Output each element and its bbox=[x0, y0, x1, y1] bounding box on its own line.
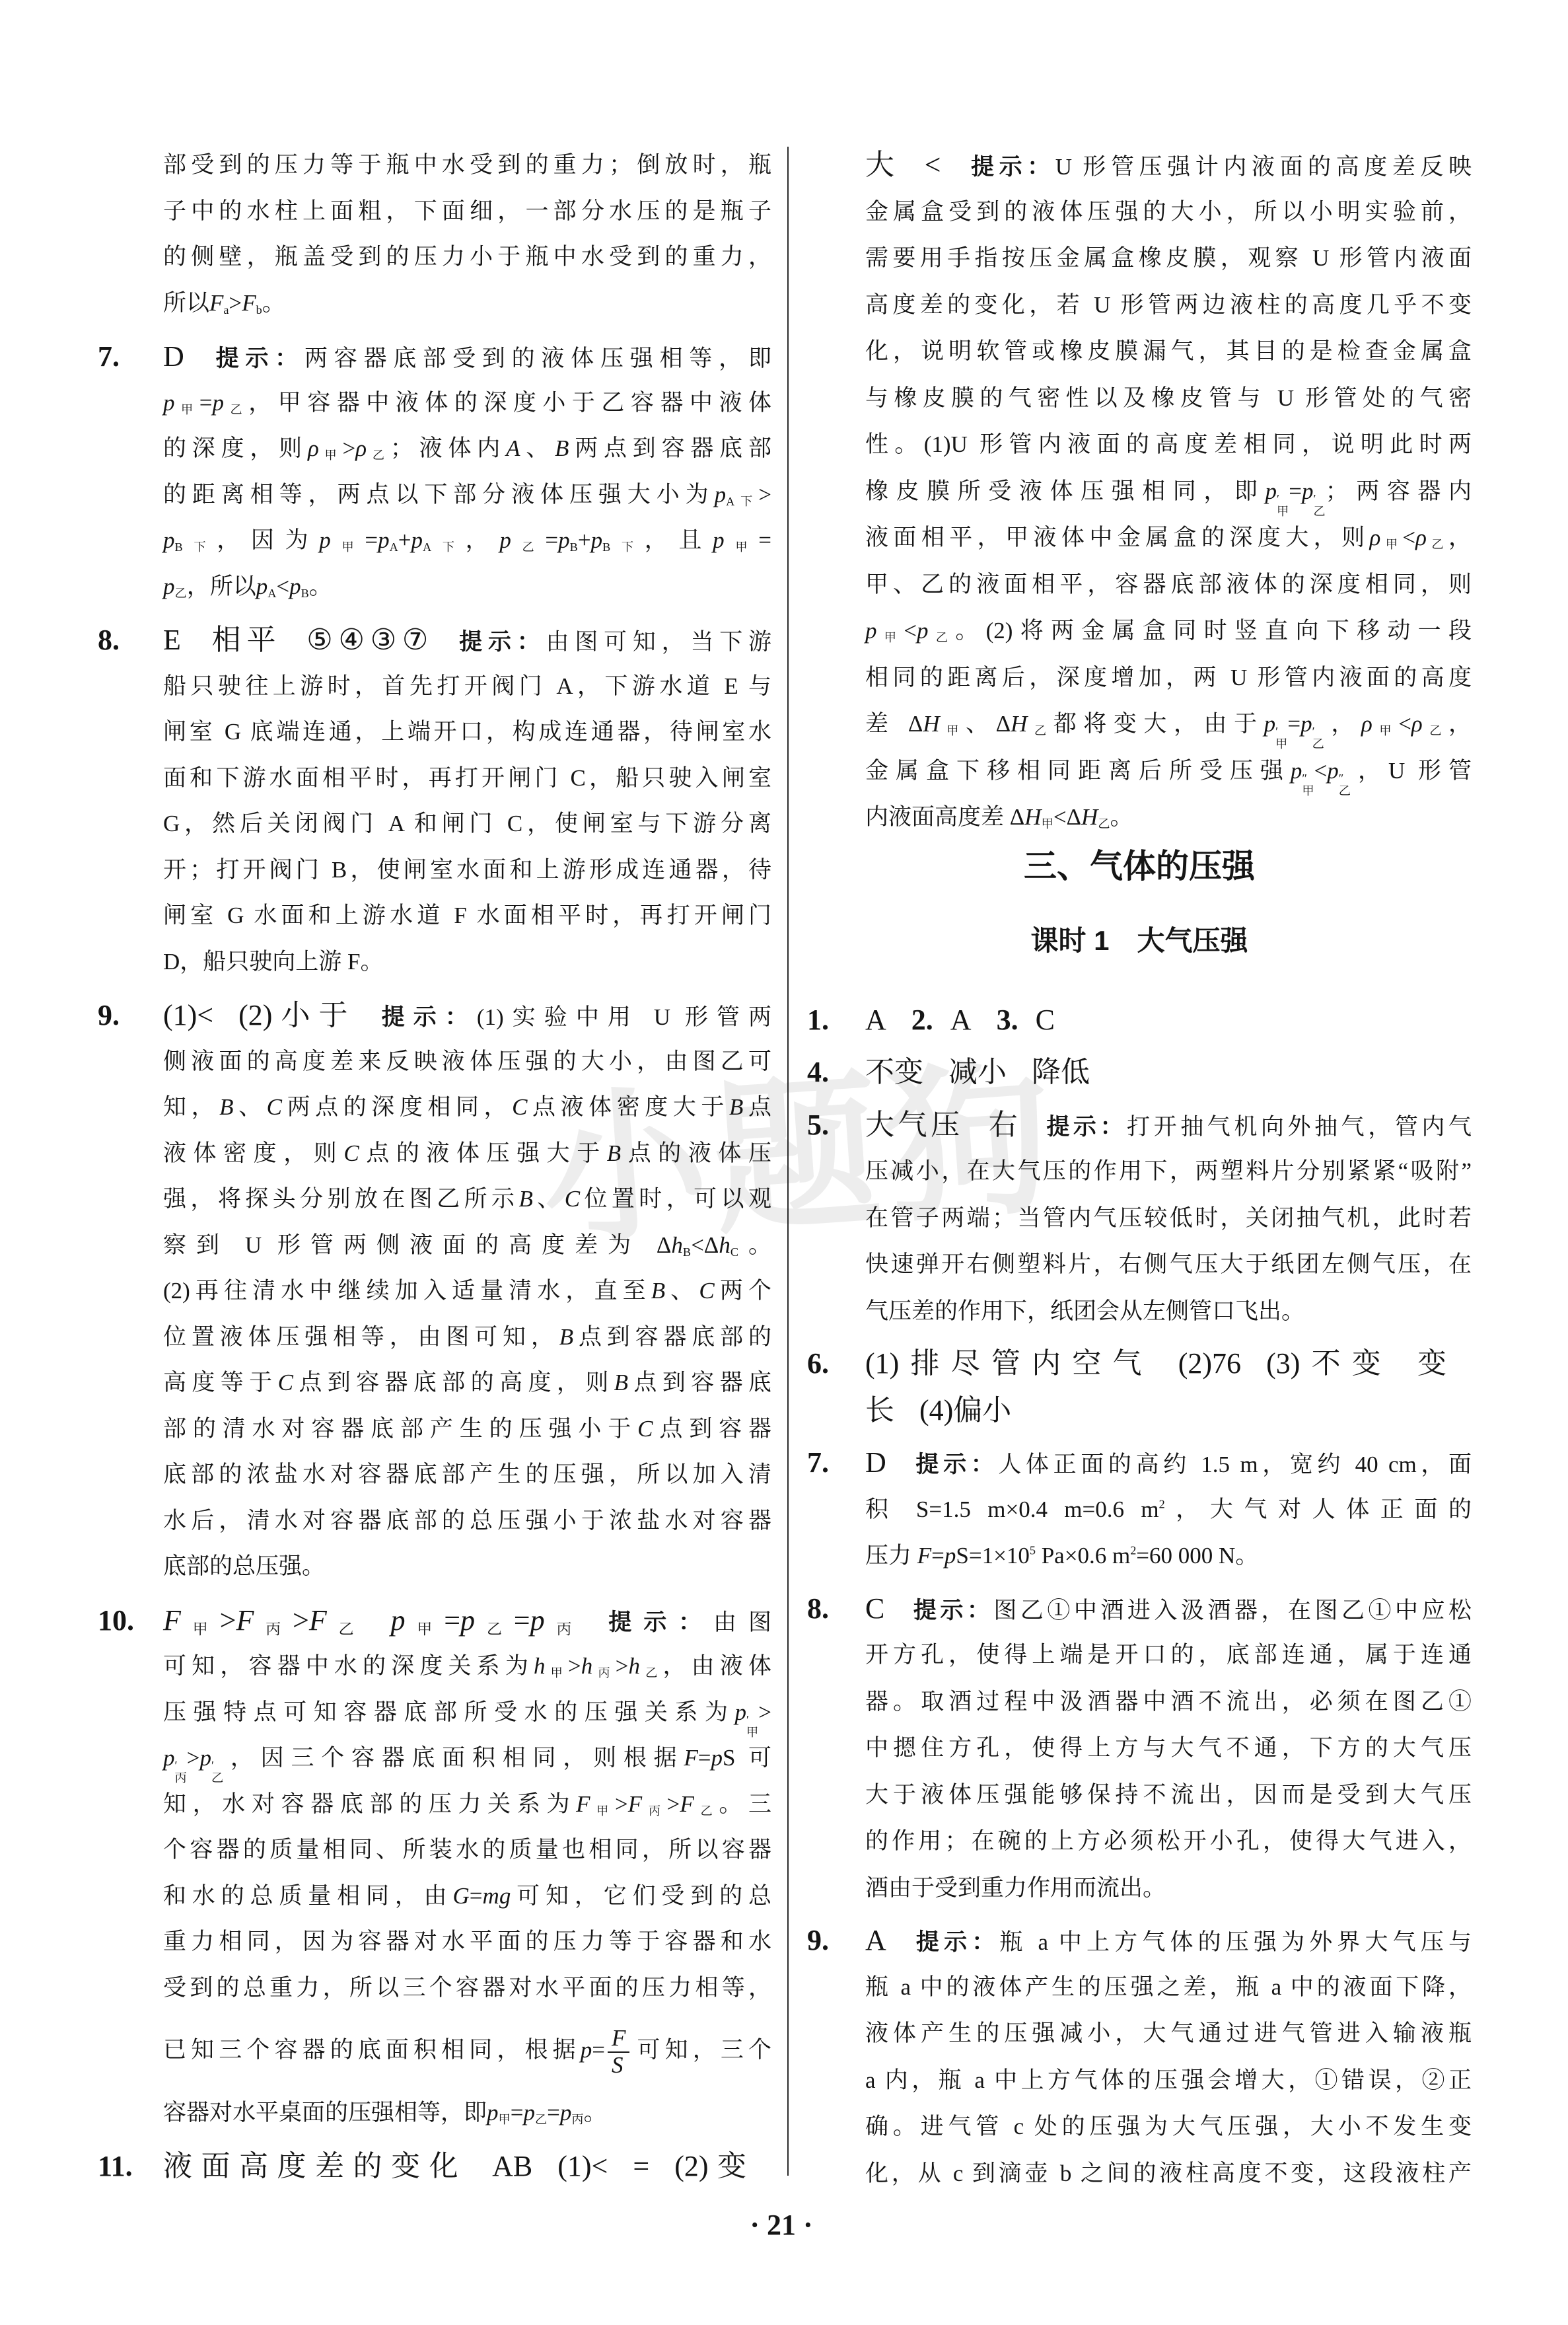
item-number: 7. bbox=[98, 334, 144, 380]
answer-item-1: 1.A2.A3.C bbox=[807, 997, 1472, 1044]
math-variable: p乙 bbox=[163, 573, 187, 599]
column-divider bbox=[787, 147, 789, 2176]
math-variable: Fb bbox=[242, 290, 262, 316]
answer-item-6: 6.(1)排尽管内空气(2)76(3)不变变长(4)偏小 bbox=[807, 1341, 1472, 1434]
subscript: 乙 bbox=[367, 449, 390, 462]
math-variable: B bbox=[729, 1094, 743, 1120]
math-variable: B bbox=[219, 1094, 233, 1120]
subscript: 丙 bbox=[545, 1621, 584, 1637]
text-line: 性。(1)U 形管内液面的高度差相同，说明此时两 bbox=[807, 422, 1472, 468]
subscript: 乙 bbox=[1423, 724, 1448, 737]
text-line: 的作用；在碗的上方必须松开小孔，使得大气进入， bbox=[807, 1818, 1472, 1865]
math-variable: pB bbox=[289, 573, 309, 599]
text-line: 受到的总重力，所以三个容器对水平面的压力相等， bbox=[98, 1965, 771, 2011]
text-line: 1.A2.A3.C bbox=[807, 997, 1472, 1044]
math-variable: p甲 bbox=[163, 390, 199, 416]
text-line: 液面相平，甲液体中金属盒的深度大，则ρ甲<ρ乙， bbox=[807, 515, 1472, 562]
math-variable: C bbox=[512, 1094, 527, 1120]
continued-text: 大<提示：U 形管压强计内液面的高度差反映金属盒受到的液体压强的大小，所以小明实… bbox=[807, 142, 1472, 841]
math-variable: H甲 bbox=[923, 711, 966, 737]
math-variable: pA bbox=[378, 527, 398, 553]
math-variable: ρ甲 bbox=[308, 435, 343, 461]
text-line: 5.大气压右提示：打开抽气机向外抽气，管内气 bbox=[807, 1102, 1472, 1149]
text-line: 底部的总压强。 bbox=[98, 1543, 771, 1590]
math-variable: ρ甲 bbox=[1370, 525, 1403, 550]
subscript: A下 bbox=[726, 495, 758, 508]
text-line: 液体密度，则C点的液体压强大于B点的液体压 bbox=[98, 1130, 771, 1177]
answer-text: 大 bbox=[865, 149, 900, 181]
text-line: 内液面高度差 ΔH甲<ΔH乙。 bbox=[807, 794, 1472, 841]
subscript: 甲 bbox=[940, 724, 966, 737]
text-line: 甲、乙的液面相平，容器底部液体的深度相同，则 bbox=[807, 562, 1472, 609]
subscript: B下 bbox=[602, 540, 645, 554]
subscript: a bbox=[223, 303, 229, 316]
answer-text: C bbox=[865, 1592, 884, 1625]
text-line: 水后，清水对容器底部的总压强小于浓盐水对容器 bbox=[98, 1498, 771, 1544]
answer-text: = bbox=[633, 2150, 649, 2182]
left-column: 部受到的压力等于瓶中水受到的重力；倒放时，瓶子中的水柱上面粗，下面细，一部分水压… bbox=[98, 142, 771, 2190]
answer-text: 右 bbox=[989, 1109, 1022, 1141]
answer-text: (3)不变 bbox=[1266, 1347, 1392, 1380]
math-variable: Fa bbox=[209, 290, 229, 316]
answer-text: (4)偏小 bbox=[919, 1394, 1011, 1426]
text-line: 的侧壁，瓶盖受到的压力小于瓶中水受到的重力， bbox=[98, 234, 771, 280]
math-variable: p′甲 bbox=[735, 1699, 759, 1725]
answer-text: A bbox=[865, 1004, 886, 1036]
answer-text: A bbox=[950, 1004, 972, 1036]
answer-item-7: 7.D提示：两容器底部受到的液体压强相等，即p甲=p乙，甲容器中液体的深度小于乙… bbox=[98, 334, 771, 609]
answer-item-9: 9.A提示：瓶 a 中上方气体的压强为外界大气压与瓶 a 中的液体产生的压强之差… bbox=[807, 1917, 1472, 2197]
math-variable: p乙 bbox=[499, 527, 545, 553]
item-number: 1. bbox=[807, 997, 853, 1044]
answer-text: 大气压 bbox=[865, 1109, 964, 1141]
text-line: 7.D提示：两容器底部受到的液体压强相等，即 bbox=[98, 334, 771, 380]
text-line: 6.(1)排尽管内空气(2)76(3)不变变 bbox=[807, 1341, 1472, 1387]
math-variable: F bbox=[684, 1745, 697, 1771]
text-line: 压力 F=pS=1×105 Pa×0.6 m2=60 000 N。 bbox=[807, 1533, 1472, 1580]
text-line: 面和下游水面相平时，再打开闸门 C，船只驶入闸室 bbox=[98, 755, 771, 801]
subscript: 乙 bbox=[694, 1804, 719, 1818]
answer-text: 相平 bbox=[206, 624, 281, 656]
math-variable: mg bbox=[483, 1883, 511, 1909]
subscript: 甲 bbox=[877, 631, 904, 644]
subscript: B bbox=[683, 1245, 691, 1259]
continued-text: 部受到的压力等于瓶中水受到的重力；倒放时，瓶子中的水柱上面粗，下面细，一部分水压… bbox=[98, 142, 771, 326]
text-line: pB下，因为p甲=pA+pA下，p乙=pB+pB下，且p甲= bbox=[98, 517, 771, 564]
text-line: p甲<p乙。(2)将两金属盒同时竖直向下移动一段 bbox=[807, 608, 1472, 655]
hint-label: 提示： bbox=[909, 1598, 993, 1623]
math-variable: ρ乙 bbox=[1415, 525, 1448, 550]
answer-text: (2)小于 bbox=[238, 999, 357, 1031]
item-number: 11. bbox=[98, 2143, 144, 2190]
item-number: 5. bbox=[807, 1102, 853, 1149]
answer-text: < bbox=[925, 149, 941, 181]
item-number: 8. bbox=[98, 617, 144, 663]
item-number: 8. bbox=[807, 1586, 853, 1633]
inline-item-number: 3. bbox=[997, 1004, 1018, 1036]
math-variable: p甲 bbox=[487, 2100, 511, 2125]
answer-text: E bbox=[163, 624, 181, 656]
math-variable: p甲 bbox=[390, 1604, 444, 1637]
math-variable: B bbox=[559, 1324, 573, 1350]
text-line: 大<提示：U 形管压强计内液面的高度差反映 bbox=[807, 142, 1472, 189]
text-line: 需要用手指按压金属盒橡皮膜，观察 U 形管内液面 bbox=[807, 235, 1472, 282]
math-variable: pA下 bbox=[715, 482, 759, 507]
math-variable: p″乙 bbox=[1327, 758, 1351, 784]
item-number: 9. bbox=[807, 1917, 853, 1964]
subscript: B bbox=[301, 587, 309, 600]
math-variable: F甲 bbox=[163, 1604, 220, 1637]
subscript: 丙 bbox=[592, 1666, 616, 1679]
math-variable: F乙 bbox=[309, 1604, 366, 1637]
math-variable: C bbox=[565, 1186, 580, 1212]
text-line: 子中的水柱上面粗，下面细，一部分水压的是瓶子 bbox=[98, 188, 771, 235]
math-variable: C bbox=[343, 1140, 359, 1166]
math-variable: p′乙 bbox=[1301, 711, 1324, 737]
text-line: 8.E相平⑤④③⑦提示：由图可知，当下游 bbox=[98, 617, 771, 663]
math-variable: H乙 bbox=[1081, 804, 1110, 830]
text-line: 9.(1)<(2)小于提示：(1)实验中用 U 形管两 bbox=[98, 992, 771, 1039]
text-line: a 内，瓶 a 中上方气体的压强会增大，①错误，②正 bbox=[807, 2057, 1472, 2104]
text-line: 压强特点可知容器底部所受水的压强关系为p′甲> bbox=[98, 1689, 771, 1736]
answer-text: C bbox=[1036, 1004, 1055, 1036]
subscript: 甲 bbox=[590, 1804, 616, 1818]
answer-item-8: 8.E相平⑤④③⑦提示：由图可知，当下游船只驶往上游时，首先打开阀门 A，下游水… bbox=[98, 617, 771, 984]
subscript: A下 bbox=[423, 540, 466, 554]
subscript: 乙 bbox=[640, 1666, 663, 1679]
math-variable: ρ乙 bbox=[1411, 711, 1448, 737]
text-line: 容器对水平桌面的压强相等，即p甲=p乙=p丙。 bbox=[98, 2090, 771, 2136]
math-variable: B bbox=[518, 1186, 532, 1212]
text-line: 快速弹开右侧塑料片，右侧气压大于纸团左侧气压，在 bbox=[807, 1241, 1472, 1288]
answer-text: AB bbox=[492, 2150, 532, 2182]
text-line: 压减小，在大气压的作用下，两塑料片分别紧紧“吸附” bbox=[807, 1148, 1472, 1195]
math-variable: h甲 bbox=[534, 1653, 568, 1679]
math-variable: p乙 bbox=[212, 390, 248, 416]
math-variable: p乙 bbox=[523, 2100, 547, 2125]
text-line: 底部的浓盐水对容器底部产生的压强，所以加入清 bbox=[98, 1452, 771, 1498]
math-variable: p bbox=[711, 1745, 723, 1771]
text-line: 瓶 a 中的液体产生的压强之差，瓶 a 中的液面下降， bbox=[807, 1964, 1472, 2011]
subscript: 甲 bbox=[725, 540, 759, 554]
text-line: 器。取酒过程中汲酒器中酒不流出，必须在图乙① bbox=[807, 1679, 1472, 1726]
text-line: 开；打开阀门 B，使闸室水面和上游形成连通器，待 bbox=[98, 847, 771, 893]
math-variable: p乙 bbox=[917, 618, 955, 644]
text-line: 金属盒下移相同距离后所受压强p″甲<p″乙，U 形管 bbox=[807, 748, 1472, 795]
math-variable: F甲 bbox=[576, 1791, 615, 1817]
math-variable: C bbox=[699, 1278, 714, 1304]
subscript: B下 bbox=[175, 540, 217, 554]
math-variable: ρ甲 bbox=[1361, 711, 1398, 737]
subscript: 甲 bbox=[546, 1666, 569, 1679]
subscript: A bbox=[267, 587, 276, 600]
subscript: 丙 bbox=[642, 1804, 667, 1818]
math-variable: A bbox=[506, 435, 520, 461]
subscript: 甲 bbox=[1372, 724, 1398, 737]
answer-text: 不变 bbox=[865, 1056, 923, 1088]
text-line: p′丙>p′乙，因三个容器底面积相同，则根据F=pS 可 bbox=[98, 1735, 771, 1781]
text-line: 长(4)偏小 bbox=[807, 1387, 1472, 1434]
fraction: FS bbox=[608, 2026, 629, 2078]
math-variable: H乙 bbox=[1011, 711, 1053, 737]
text-line: 大于液体压强能够保持不流出，因而是受到大气压 bbox=[807, 1772, 1472, 1819]
answer-text: p甲=p乙=p丙 bbox=[390, 1604, 583, 1637]
text-line: 已知三个容器的底面积相同，根据p=FS可知，三个 bbox=[98, 2011, 771, 2090]
text-line: G，然后关闭阀门 A 和闸门 C，使闸室与下游分离 bbox=[98, 801, 771, 847]
answer-text: 长 bbox=[865, 1394, 894, 1426]
text-line: 个容器的质量相同、所装水的质量也相同，所以容器 bbox=[98, 1827, 771, 1873]
answer-text: (2)76 bbox=[1178, 1347, 1241, 1380]
text-line: 所以Fa>Fb。 bbox=[98, 280, 771, 326]
text-line: 4.不变减小降低 bbox=[807, 1049, 1472, 1096]
answer-text: (1)< bbox=[557, 2150, 608, 2182]
answer-text: 液面高度差的变化 bbox=[163, 2150, 467, 2182]
math-variable: hC bbox=[719, 1232, 738, 1258]
superscript: 2 bbox=[1130, 1543, 1136, 1557]
math-variable: p丙 bbox=[560, 2100, 584, 2125]
text-line: 酒由于受到重力作用而流出。 bbox=[807, 1865, 1472, 1912]
math-variable: h丙 bbox=[581, 1653, 616, 1679]
text-line: 11.液面高度差的变化AB(1)<=(2)变 bbox=[98, 2143, 771, 2190]
hint-label: 提示： bbox=[911, 1929, 1000, 1955]
math-variable: p′甲 bbox=[1265, 478, 1289, 504]
math-variable: p′甲 bbox=[1264, 711, 1288, 737]
subscript: 乙 bbox=[929, 631, 956, 644]
answer-text: D bbox=[163, 340, 184, 373]
item-number: 9. bbox=[98, 992, 144, 1039]
text-line: 橡皮膜所受液体压强相同，即p′甲=p′乙；两容器内 bbox=[807, 468, 1472, 515]
math-variable: B bbox=[607, 1140, 621, 1166]
answer-text: 降低 bbox=[1032, 1056, 1090, 1088]
subscript: 丙 bbox=[571, 2113, 583, 2126]
math-variable: C bbox=[637, 1416, 653, 1442]
hint-label: 提示： bbox=[608, 1609, 713, 1635]
answer-text: A bbox=[865, 1924, 886, 1956]
text-line: 与橡皮膜的气密性以及橡皮管与 U 形管处的气密 bbox=[807, 375, 1472, 422]
text-line: 部的清水对容器底部产生的压强小于C点到容器 bbox=[98, 1406, 771, 1452]
text-line: 差 ΔH甲、ΔH乙都将变大，由于p′甲=p′乙，ρ甲<ρ乙， bbox=[807, 701, 1472, 748]
subscript: 乙 bbox=[1098, 817, 1110, 830]
subscript: 乙 bbox=[511, 540, 546, 554]
subscript: 丙 bbox=[254, 1621, 293, 1637]
answer-text: F甲>F丙>F乙 bbox=[163, 1604, 365, 1637]
item-number: 10. bbox=[98, 1598, 144, 1644]
answer-text: ⑤④③⑦ bbox=[306, 624, 434, 656]
subscript: 甲 bbox=[1380, 538, 1402, 551]
subscript: C bbox=[731, 1245, 738, 1259]
answer-item-4: 4.不变减小降低 bbox=[807, 1049, 1472, 1096]
text-line: 位置液体压强相等，由图可知，B点到容器底部的 bbox=[98, 1314, 771, 1360]
text-line: 强，将探头分别放在图乙所示B、C位置时，可以观 bbox=[98, 1176, 771, 1222]
subscript: 乙 bbox=[475, 1621, 514, 1637]
text-line: 部受到的压力等于瓶中水受到的重力；倒放时，瓶 bbox=[98, 142, 771, 188]
math-variable: G bbox=[453, 1883, 470, 1909]
text-line: 重力相同，因为容器对水平面的压力等于容器和水 bbox=[98, 1919, 771, 1965]
subscript: 甲 bbox=[405, 1621, 444, 1637]
math-variable: B bbox=[614, 1370, 628, 1395]
text-line: p甲=p乙，甲容器中液体的深度小于乙容器中液体 bbox=[98, 380, 771, 426]
math-variable: p甲 bbox=[713, 527, 758, 553]
page-number: · 21 · bbox=[702, 2205, 861, 2245]
text-line: 10.F甲>F丙>F乙p甲=p乙=p丙提示：由图 bbox=[98, 1598, 771, 1644]
subscript: 甲 bbox=[499, 2113, 511, 2126]
subscript: b bbox=[256, 303, 262, 316]
text-line: 侧液面的高度差来反映液体压强的大小，由图乙可 bbox=[98, 1039, 771, 1085]
hint-label: 提示： bbox=[382, 1004, 477, 1030]
math-variable: p甲 bbox=[319, 527, 365, 553]
hint-label: 提示： bbox=[209, 346, 304, 371]
math-variable: h乙 bbox=[629, 1653, 663, 1679]
answer-item-7: 7.D提示：人体正面的高约 1.5 m，宽约 40 cm，面积 S=1.5 m×… bbox=[807, 1440, 1472, 1580]
math-variable: pB下 bbox=[163, 527, 217, 553]
math-variable: ρ乙 bbox=[355, 435, 390, 461]
subscript: A bbox=[390, 540, 398, 554]
math-variable: pB下 bbox=[591, 527, 645, 553]
math-variable: F bbox=[917, 1543, 931, 1568]
text-line: 闸室 G 水面和上游水道 F 水面相平时，再打开闸门 bbox=[98, 893, 771, 939]
math-variable: hB bbox=[671, 1232, 691, 1258]
answer-text: 减小 bbox=[948, 1056, 1007, 1088]
math-variable: p′乙 bbox=[199, 1745, 223, 1771]
math-variable: pA下 bbox=[411, 527, 465, 553]
text-line: 和水的总质量相同，由G=mg可知，它们受到的总 bbox=[98, 1873, 771, 1919]
lesson-heading: 课时 1 大气压强 bbox=[807, 918, 1472, 964]
math-variable: F丙 bbox=[628, 1791, 667, 1817]
text-line: (2)再往清水中继续加入适量清水，直至B、C两个 bbox=[98, 1268, 771, 1314]
text-line: 高度差的变化，若 U 形管两边液柱的高度几乎不变 bbox=[807, 282, 1472, 329]
answer-item-8: 8.C提示：图乙①中酒进入汲酒器，在图乙①中应松开方孔，使得上端是开口的，底部连… bbox=[807, 1586, 1472, 1912]
answer-text: D bbox=[865, 1446, 886, 1479]
answer-item-5: 5.大气压右提示：打开抽气机向外抽气，管内气压减小，在大气压的作用下，两塑料片分… bbox=[807, 1102, 1472, 1335]
fraction-numerator: F bbox=[608, 2026, 629, 2053]
answer-text: 变 bbox=[1417, 1347, 1446, 1380]
answer-item-10: 10.F甲>F丙>F乙p甲=p乙=p丙提示：由图可知，容器中水的深度关系为h甲>… bbox=[98, 1598, 771, 2136]
subscript: 甲 bbox=[1042, 817, 1053, 830]
text-line: 液体产生的压强减小，大气通过进气管进入输液瓶 bbox=[807, 2011, 1472, 2057]
text-line: 9.A提示：瓶 a 中上方气体的压强为外界大气压与 bbox=[807, 1917, 1472, 1964]
subscript: 乙 bbox=[327, 1621, 366, 1637]
superscript: 5 bbox=[1030, 1543, 1036, 1557]
item-number: 7. bbox=[807, 1440, 853, 1487]
hint-label: 提示： bbox=[459, 629, 546, 655]
subscript: 甲 bbox=[319, 449, 343, 462]
superscript: 2 bbox=[1159, 1497, 1165, 1510]
math-variable: p bbox=[581, 2037, 592, 2063]
text-line: 闸室 G 底端连通，上端开口，构成连通器，待闸室水 bbox=[98, 709, 771, 755]
inline-item-number: 2. bbox=[911, 1004, 933, 1036]
fraction-denominator: S bbox=[608, 2053, 629, 2079]
text-line: 知，水对容器底部的压力关系为F甲>F丙>F乙。三 bbox=[98, 1781, 771, 1827]
math-variable: C bbox=[267, 1094, 282, 1120]
subscript: B bbox=[570, 540, 578, 554]
hint-label: 提示： bbox=[1046, 1114, 1127, 1140]
answer-item-9: 9.(1)<(2)小于提示：(1)实验中用 U 形管两侧液面的高度差来反映液体压… bbox=[98, 992, 771, 1590]
text-line: 气压差的作用下，纸团会从左侧管口飞出。 bbox=[807, 1288, 1472, 1335]
hint-label: 提示： bbox=[911, 1452, 999, 1477]
text-line: 相同的距离后，深度增加，两 U 形管内液面的高度 bbox=[807, 655, 1472, 702]
math-variable: p丙 bbox=[530, 1604, 584, 1637]
text-line: 高度等于C点到容器底部的高度，则B点到容器底 bbox=[98, 1360, 771, 1406]
text-line: 察到 U 形管两侧液面的高度差为 ΔhB<ΔhC。 bbox=[98, 1222, 771, 1269]
text-line: 积 S=1.5 m×0.4 m=0.6 m2，大气对人体正面的 bbox=[807, 1487, 1472, 1533]
math-variable: B bbox=[651, 1278, 665, 1304]
math-variable: B bbox=[555, 435, 569, 461]
text-line: 7.D提示：人体正面的高约 1.5 m，宽约 40 cm，面 bbox=[807, 1440, 1472, 1487]
text-line: 8.C提示：图乙①中酒进入汲酒器，在图乙①中应松 bbox=[807, 1586, 1472, 1633]
hint-label: 提示： bbox=[966, 154, 1055, 180]
subscript: 乙 bbox=[1027, 724, 1053, 737]
math-variable: F丙 bbox=[236, 1604, 293, 1637]
right-column: 大<提示：U 形管压强计内液面的高度差反映金属盒受到的液体压强的大小，所以小明实… bbox=[807, 142, 1472, 2197]
math-term: m2 bbox=[1112, 1543, 1136, 1568]
math-term: 105 bbox=[1007, 1543, 1036, 1568]
math-variable: p′丙 bbox=[163, 1745, 187, 1771]
subscript: 乙 bbox=[175, 587, 187, 600]
text-line: 化，从 c 到滴壶 b 之间的液柱高度不变，这段液柱产 bbox=[807, 2151, 1472, 2197]
subscript: 乙 bbox=[535, 2113, 547, 2126]
text-line: 可知，容器中水的深度关系为h甲>h丙>h乙，由液体 bbox=[98, 1643, 771, 1689]
math-variable: p甲 bbox=[865, 618, 904, 644]
item-number: 6. bbox=[807, 1341, 853, 1387]
math-term: m2 bbox=[1141, 1496, 1164, 1522]
math-variable: p′乙 bbox=[1302, 478, 1326, 504]
subscript: 甲 bbox=[175, 403, 199, 416]
math-variable: H甲 bbox=[1024, 804, 1053, 830]
text-line: 知，B、C两点的深度相同，C点液体密度大于B点 bbox=[98, 1084, 771, 1130]
text-line: p乙，所以pA<pB。 bbox=[98, 564, 771, 610]
text-line: 的深度，则ρ甲>ρ乙；液体内A、B两点到容器底部 bbox=[98, 425, 771, 472]
answer-text: (1)排尽管内空气 bbox=[865, 1347, 1153, 1380]
math-variable: p bbox=[944, 1543, 956, 1568]
subscript: 甲 bbox=[181, 1621, 220, 1637]
text-line: 在管子两端；当管内气压较低时，关闭抽气机，此时若 bbox=[807, 1195, 1472, 1242]
subscript: 甲 bbox=[331, 540, 365, 554]
math-variable: p″甲 bbox=[1291, 758, 1314, 784]
subscript: 乙 bbox=[1427, 538, 1448, 551]
answer-text: (2)变 bbox=[674, 2150, 746, 2182]
text-line: D，船只驶向上游 F。 bbox=[98, 939, 771, 985]
answer-item-11: 11.液面高度差的变化AB(1)<=(2)变 bbox=[98, 2143, 771, 2190]
item-number: 4. bbox=[807, 1049, 853, 1096]
text-line: 化，说明软管或橡皮膜漏气，其目的是检查金属盒 bbox=[807, 328, 1472, 375]
math-variable: pA bbox=[256, 573, 277, 599]
text-line: 金属盒受到的液体压强的大小，所以小明实验前， bbox=[807, 189, 1472, 236]
answer-text: (1)< bbox=[163, 999, 213, 1031]
math-variable: C bbox=[278, 1370, 293, 1395]
subscript: 乙 bbox=[224, 403, 248, 416]
math-variable: F乙 bbox=[680, 1791, 719, 1817]
math-variable: p乙 bbox=[460, 1604, 514, 1637]
text-line: 的距离相等，两点以下部分液体压强大小为pA下> bbox=[98, 472, 771, 518]
text-line: 中摁住方孔，使得上方与大气不通，下方的大气压 bbox=[807, 1725, 1472, 1772]
section-heading: 三、气体的压强 bbox=[807, 841, 1472, 891]
math-variable: pB bbox=[558, 527, 578, 553]
text-line: 确。进气管 c 处的压强为大气压强，大小不发生变 bbox=[807, 2104, 1472, 2151]
text-line: 开方孔，使得上端是开口的，底部连通，属于连通 bbox=[807, 1632, 1472, 1679]
text-line: 船只驶往上游时，首先打开阀门 A，下游水道 E 与 bbox=[98, 663, 771, 710]
